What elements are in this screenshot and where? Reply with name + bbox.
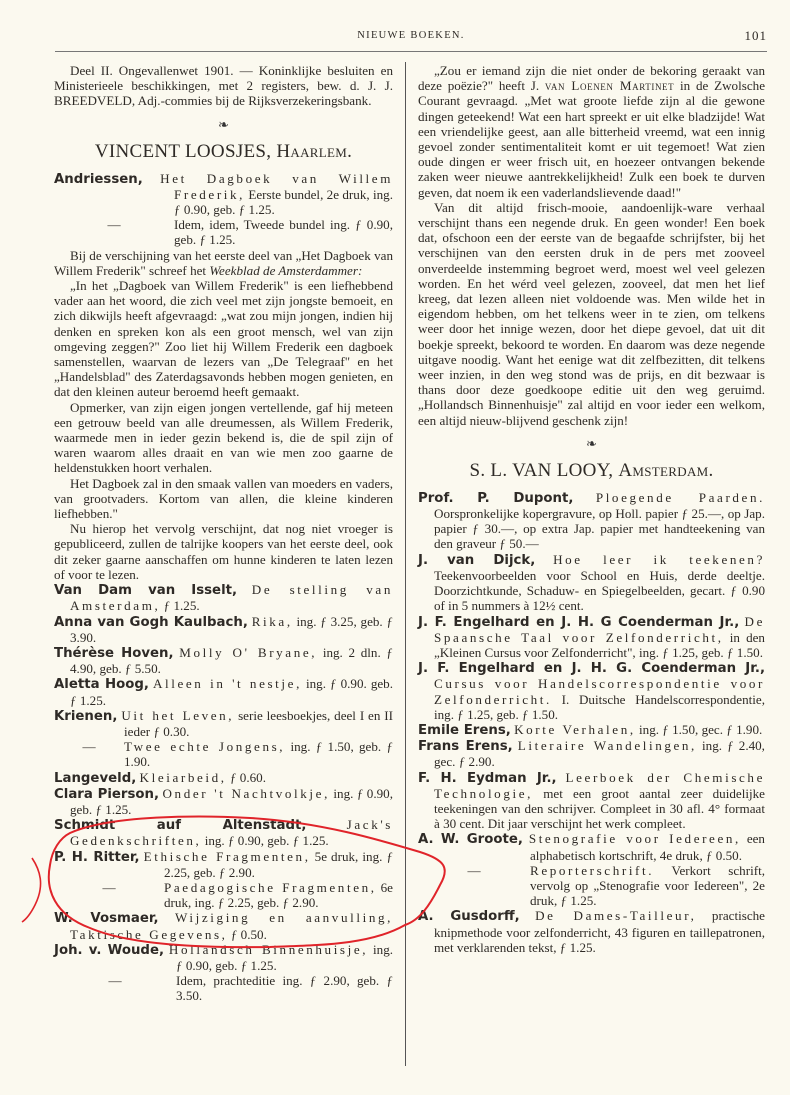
right-column: „Zou er iemand zijn die niet onder de be… <box>418 63 765 955</box>
book-page: NIEUWE BOEKEN. 101 Deel II. Ongevallenwe… <box>0 0 790 1095</box>
book-entry: J. F. Engelhard en J. H. G. Coenderman J… <box>418 660 765 722</box>
review-paragraph: Bij de verschijning van het eerste deel … <box>54 248 393 278</box>
book-entry: F. H. Eydman Jr., Leerboek der Chemische… <box>418 770 765 832</box>
book-entry: — Twee echte Jongens, ing. ƒ 1.50, geb. … <box>54 739 393 769</box>
book-entry: Anna van Gogh Kaulbach, Rika, ing. ƒ 3.2… <box>54 614 393 645</box>
publisher-heading: S. L. VAN LOOY, Amsterdam. <box>418 460 765 482</box>
review-paragraph: Opmerker, van zijn eigen jongen vertelle… <box>54 400 393 476</box>
book-entry: J. van Dijck, Hoe leer ik teekenen? Teek… <box>418 552 765 614</box>
book-entry: P. H. Ritter, Ethische Fragmenten, 5e dr… <box>54 849 393 880</box>
book-entry: A. W. Groote, Stenografie voor Iedereen,… <box>418 831 765 862</box>
book-entry: — Reporterschrift. Verkort schrift, verv… <box>418 863 765 909</box>
book-entry: Joh. v. Woude, Hollandsch Binnenhuisje, … <box>54 942 393 973</box>
quote-paragraph: Van dit altijd frisch-mooie, aandoenlijk… <box>418 200 765 428</box>
book-entry: Prof. P. Dupont, Ploegende Paarden. Oors… <box>418 490 765 552</box>
book-entry: — Idem, idem, Tweede bundel ing. ƒ 0.90,… <box>54 217 393 247</box>
header-rule <box>55 51 767 52</box>
book-entry: J. F. Engelhard en J. H. G Coenderman Jr… <box>418 614 765 661</box>
review-paragraph: Het Dagboek zal in den smaak vallen van … <box>54 476 393 522</box>
review-paragraph: Nu hierop het vervolg verschijnt, dat no… <box>54 521 393 582</box>
book-entry: Frans Erens, Literaire Wandelingen, ing.… <box>418 738 765 769</box>
book-entry: Langeveld, Kleiarbeid, ƒ 0.60. <box>54 770 393 786</box>
book-entry: Van Dam van Isselt, De stelling van Amst… <box>54 582 393 613</box>
book-entry: — Paedagogische Fragmenten, 6e druk, ing… <box>54 880 393 910</box>
fleuron-ornament-icon: ❧ <box>54 115 393 135</box>
running-title: NIEUWE BOEKEN. <box>55 30 767 41</box>
book-entry: Andriessen, Het Dagboek van Willem Frede… <box>54 171 393 218</box>
fleuron-ornament-icon: ❧ <box>418 434 765 454</box>
book-entry: A. Gusdorff, De Dames-Tailleur, practisc… <box>418 908 765 955</box>
book-entry: — Idem, prachteditie ing. ƒ 2.90, geb. ƒ… <box>54 973 393 1003</box>
book-entry: Aletta Hoog, Alleen in 't nestje, ing. ƒ… <box>54 676 393 707</box>
book-entry: Clara Pierson, Onder 't Nachtvolkje, ing… <box>54 786 393 817</box>
book-entry: W. Vosmaer, Wijziging en aanvulling, Tak… <box>54 910 393 941</box>
book-entry: Schmidt auf Altenstadt, Jack's Gedenksch… <box>54 817 393 848</box>
page-number: 101 <box>745 28 768 44</box>
review-paragraph: „In het „Dagboek van Willem Frederik" is… <box>54 278 393 400</box>
publisher-heading: VINCENT LOOSJES, Haarlem. <box>54 141 393 163</box>
intro-paragraph: Deel II. Ongevallenwet 1901. — Koninklij… <box>54 63 393 109</box>
quote-paragraph: „Zou er iemand zijn die niet onder de be… <box>418 63 765 200</box>
left-column: Deel II. Ongevallenwet 1901. — Koninklij… <box>54 63 393 1004</box>
book-entry: Emile Erens, Korte Verhalen, ing. ƒ 1.50… <box>418 722 765 738</box>
book-entry: Krienen, Uit het Leven, serie leesboekje… <box>54 708 393 739</box>
column-divider <box>405 62 406 1066</box>
book-entry: Thérèse Hoven, Molly O' Bryane, ing. 2 d… <box>54 645 393 676</box>
running-header: NIEUWE BOEKEN. 101 <box>55 26 767 48</box>
